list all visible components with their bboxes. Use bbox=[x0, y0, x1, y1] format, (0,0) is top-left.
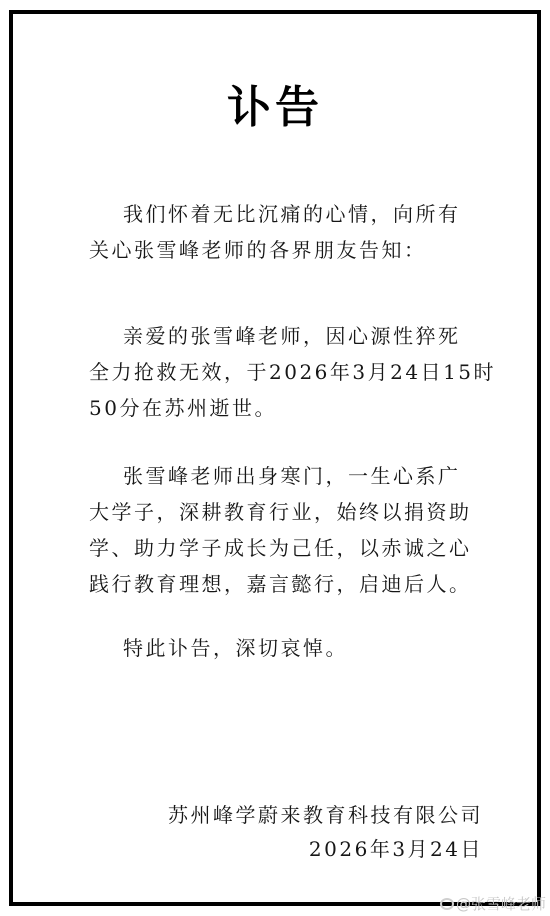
paragraph-line: 特此讣告，深切哀悼。 bbox=[89, 630, 449, 666]
paragraph-line: 全力抢救无效，于2026年3月24日15时 bbox=[89, 354, 449, 390]
watermark: @张雪峰老师 bbox=[440, 893, 546, 914]
paragraph-line: 张雪峰老师出身寒门，一生心系广 bbox=[89, 458, 449, 494]
weibo-logo-icon bbox=[440, 898, 454, 910]
paragraph-announcement: 亲爱的张雪峰老师，因心源性猝死 全力抢救无效，于2026年3月24日15时 50… bbox=[89, 318, 449, 426]
paragraph-line: 大学子，深耕教育行业，始终以捐资助 bbox=[89, 494, 449, 530]
signoff-date: 2026年3月24日 bbox=[168, 832, 483, 866]
paragraph-line: 学、助力学子成长为己任，以赤诚之心 bbox=[89, 530, 449, 566]
paragraph-closing: 特此讣告，深切哀悼。 bbox=[89, 630, 449, 666]
signoff-organization: 苏州峰学蔚来教育科技有限公司 bbox=[168, 798, 483, 832]
paragraph-tribute: 张雪峰老师出身寒门，一生心系广 大学子，深耕教育行业，始终以捐资助 学、助力学子… bbox=[89, 458, 449, 602]
paragraph-intro: 我们怀着无比沉痛的心情，向所有 关心张雪峰老师的各界朋友告知： bbox=[89, 196, 449, 268]
paragraph-line: 50分在苏州逝世。 bbox=[89, 390, 449, 426]
paragraph-line: 关心张雪峰老师的各界朋友告知： bbox=[89, 232, 449, 268]
paragraph-line: 亲爱的张雪峰老师，因心源性猝死 bbox=[89, 318, 449, 354]
paragraph-line: 践行教育理想，嘉言懿行，启迪后人。 bbox=[89, 566, 449, 602]
watermark-text: @张雪峰老师 bbox=[456, 893, 546, 914]
obituary-title: 讣告 bbox=[13, 86, 537, 130]
obituary-frame: 讣告 我们怀着无比沉痛的心情，向所有 关心张雪峰老师的各界朋友告知： 亲爱的张雪… bbox=[9, 10, 541, 906]
paragraph-line: 我们怀着无比沉痛的心情，向所有 bbox=[89, 196, 449, 232]
signoff-block: 苏州峰学蔚来教育科技有限公司 2026年3月24日 bbox=[168, 798, 483, 866]
